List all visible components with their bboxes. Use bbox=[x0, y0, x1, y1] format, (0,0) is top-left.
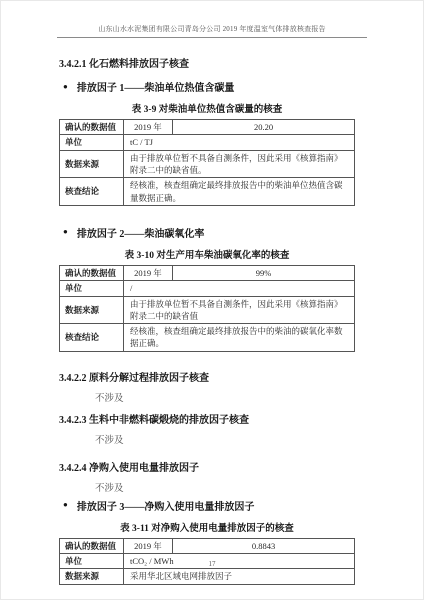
table-row: 核查结论 经核准，核查组确定最终排放报告中的柴油单位热值含碳量数据正确。 bbox=[60, 178, 355, 206]
cell-year: 2019 年 bbox=[124, 265, 173, 280]
not-applicable-text: 不涉及 bbox=[59, 432, 355, 446]
table-row: 数据来源 由于排放单位暂不具备自测条件，因此采用《核算指南》附录二中的缺省值 bbox=[60, 296, 355, 324]
cell-confirmed-label: 确认的数据值 bbox=[60, 120, 124, 135]
cell-unit-label: 单位 bbox=[60, 135, 124, 150]
cell-unit-value: tC / TJ bbox=[124, 135, 355, 150]
table-row: 确认的数据值 2019 年 0.8843 bbox=[60, 538, 355, 553]
table311-title: 表 3-11 对净购入使用电量排放因子的核查 bbox=[59, 520, 355, 534]
table-row: 单位 tC / TJ bbox=[60, 135, 355, 150]
cell-year: 2019 年 bbox=[124, 120, 173, 135]
bullet-icon: ● bbox=[63, 228, 68, 236]
cell-conclusion-value: 经核准，核查组确定最终排放报告中的柴油单位热值含碳量数据正确。 bbox=[124, 178, 355, 206]
document-page: 山东山水水泥集团有限公司青岛分公司 2019 年度温室气体排放核查报告 3.4.… bbox=[0, 0, 424, 600]
cell-confirmed-value: 0.8843 bbox=[173, 538, 355, 553]
cell-conclusion-value: 经核准，核查组确定最终排放报告中的柴油的碳氧化率数据正确。 bbox=[124, 324, 355, 352]
factor1-bullet-label: 排放因子 1——柴油单位热值含碳量 bbox=[77, 79, 235, 94]
cell-source-value: 由于排放单位暂不具备自测条件，因此采用《核算指南》附录二中的缺省值。 bbox=[124, 150, 355, 178]
cell-source-label: 数据来源 bbox=[60, 569, 124, 584]
factor3-bullet-line: ● 排放因子 3——净购入使用电量排放因子 bbox=[59, 498, 355, 513]
cell-confirmed-value: 20.20 bbox=[173, 120, 355, 135]
section-heading-3423: 3.4.2.3 生料中非燃料碳煅烧的排放因子核查 bbox=[59, 411, 355, 426]
table310-title: 表 3-10 对生产用车柴油碳氧化率的核查 bbox=[59, 247, 355, 261]
cell-conclusion-label: 核查结论 bbox=[60, 324, 124, 352]
cell-confirmed-value: 99% bbox=[173, 265, 355, 280]
table-row: 确认的数据值 2019 年 20.20 bbox=[60, 120, 355, 135]
table-3-10: 确认的数据值 2019 年 99% 单位 / 数据来源 由于排放单位暂不具备自测… bbox=[59, 265, 355, 352]
cell-conclusion-label: 核查结论 bbox=[60, 178, 124, 206]
table-row: 数据来源 采用华北区域电网排放因子 bbox=[60, 569, 355, 584]
cell-unit-value: / bbox=[124, 281, 355, 296]
section-heading-3424: 3.4.2.4 净购入使用电量排放因子 bbox=[59, 459, 355, 474]
bullet-icon: ● bbox=[63, 501, 68, 509]
table-row: 确认的数据值 2019 年 99% bbox=[60, 265, 355, 280]
table-3-9: 确认的数据值 2019 年 20.20 单位 tC / TJ 数据来源 由于排放… bbox=[59, 119, 355, 206]
cell-source-value: 采用华北区域电网排放因子 bbox=[124, 569, 355, 584]
table-row: 核查结论 经核准，核查组确定最终排放报告中的柴油的碳氧化率数据正确。 bbox=[60, 324, 355, 352]
factor1-bullet-line: ● 排放因子 1——柴油单位热值含碳量 bbox=[59, 79, 355, 94]
factor2-bullet-line: ● 排放因子 2——柴油碳氧化率 bbox=[59, 225, 355, 240]
cell-confirmed-label: 确认的数据值 bbox=[60, 538, 124, 553]
factor3-bullet-label: 排放因子 3——净购入使用电量排放因子 bbox=[77, 498, 255, 513]
section-heading-3421: 3.4.2.1 化石燃料排放因子核查 bbox=[59, 55, 355, 70]
bullet-icon: ● bbox=[63, 83, 68, 91]
section-heading-3422: 3.4.2.2 原料分解过程排放因子核查 bbox=[59, 369, 355, 384]
cell-source-value: 由于排放单位暂不具备自测条件，因此采用《核算指南》附录二中的缺省值 bbox=[124, 296, 355, 324]
page-content: 3.4.2.1 化石燃料排放因子核查 ● 排放因子 1——柴油单位热值含碳量 表… bbox=[59, 55, 355, 585]
table-row: 单位 / bbox=[60, 281, 355, 296]
cell-year: 2019 年 bbox=[124, 538, 173, 553]
cell-source-label: 数据来源 bbox=[60, 150, 124, 178]
running-header: 山东山水水泥集团有限公司青岛分公司 2019 年度温室气体排放核查报告 bbox=[0, 0, 424, 34]
not-applicable-text: 不涉及 bbox=[59, 480, 355, 494]
header-divider bbox=[57, 37, 367, 38]
page-number: 17 bbox=[0, 560, 424, 568]
table39-title: 表 3-9 对柴油单位热值含碳量的核查 bbox=[59, 101, 355, 115]
factor2-bullet-label: 排放因子 2——柴油碳氧化率 bbox=[77, 225, 205, 240]
cell-confirmed-label: 确认的数据值 bbox=[60, 265, 124, 280]
cell-unit-label: 单位 bbox=[60, 281, 124, 296]
not-applicable-text: 不涉及 bbox=[59, 390, 355, 404]
cell-source-label: 数据来源 bbox=[60, 296, 124, 324]
table-row: 数据来源 由于排放单位暂不具备自测条件，因此采用《核算指南》附录二中的缺省值。 bbox=[60, 150, 355, 178]
